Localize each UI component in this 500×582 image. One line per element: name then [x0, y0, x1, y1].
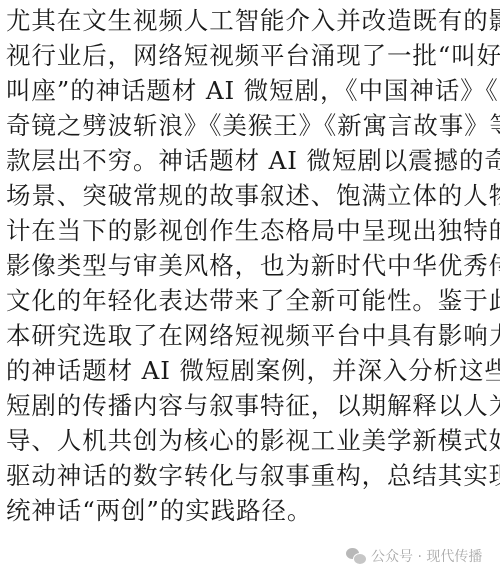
watermark: 公众号 · 现代传播: [346, 546, 482, 566]
text-line: 本研究选取了在网络短视频平台中具有影响力: [6, 321, 498, 356]
text-line: 影像类型与审美风格，也为新时代中华优秀传统: [6, 251, 498, 286]
text-line: 计在当下的影视创作生态格局中呈现出独特的: [6, 216, 498, 251]
text-line: 视行业后，网络短视频平台涌现了一批“叫好又: [6, 41, 498, 76]
text-line: 短剧的传播内容与叙事特征，以期解释以人为主: [6, 391, 498, 426]
wechat-icon: [346, 548, 366, 564]
text-line: 驱动神话的数字转化与叙事重构，总结其实现传: [6, 461, 498, 496]
text-line: 尤其在文生视频人工智能介入并改造既有的影: [6, 6, 498, 41]
text-line: 文化的年轻化表达带来了全新可能性。鉴于此，: [6, 286, 498, 321]
text-line: 统神话“两创”的实践路径。: [6, 496, 498, 531]
document-body: 尤其在文生视频人工智能介入并改造既有的影 视行业后，网络短视频平台涌现了一批“叫…: [6, 6, 498, 531]
text-line: 的神话题材 AI 微短剧案例，并深入分析这些微: [6, 356, 498, 391]
text-line: 款层出不穷。神话题材 AI 微短剧以震撼的奇观: [6, 146, 498, 181]
text-line: 奇镜之劈波斩浪》《美猴王》《新寓言故事》等爆: [6, 111, 498, 146]
text-line: 场景、突破常规的故事叙述、饱满立体的人物设: [6, 181, 498, 216]
text-line: 导、人机共创为核心的影视工业美学新模式如何: [6, 426, 498, 461]
watermark-text: 公众号 · 现代传播: [371, 546, 482, 566]
text-line: 叫座”的神话题材 AI 微短剧，《中国神话》《山海: [6, 76, 498, 111]
